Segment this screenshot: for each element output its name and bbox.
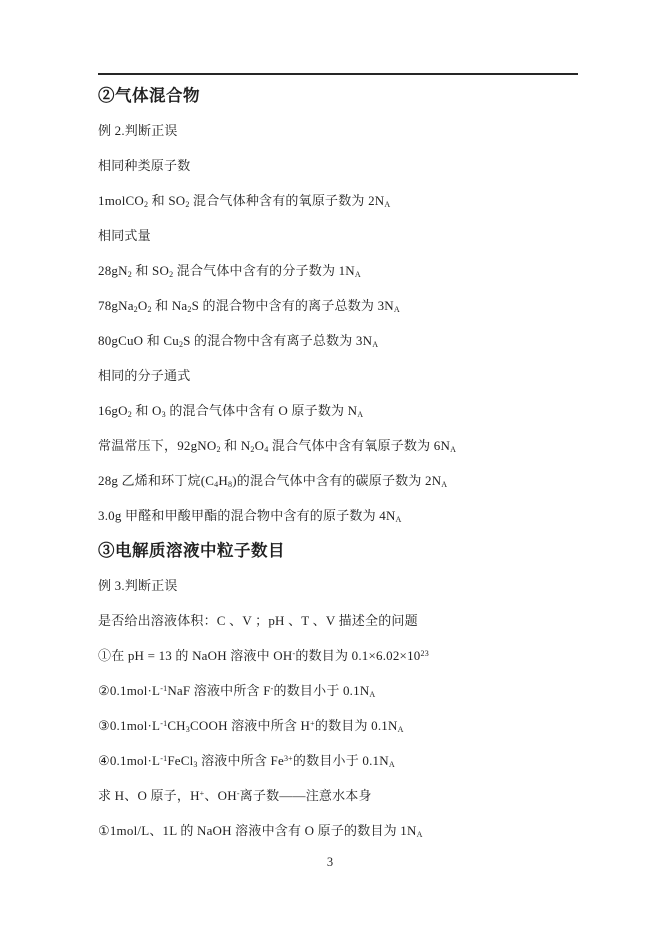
text-run: 和 SO (132, 263, 169, 278)
text-run: 2 (134, 305, 138, 314)
paragraph: ①在 pH = 13 的 NaOH 溶液中 OH-的数目为 0.1×6.02×1… (98, 638, 588, 673)
text-run: 混合气体中含有的分子数为 1N (173, 263, 355, 278)
text-run: A (369, 690, 375, 699)
paragraph: 例 3.判断正误 (98, 568, 588, 603)
text-run: S 的混合物中含有离子总数为 3N (183, 333, 372, 348)
text-run: 、OH (204, 788, 236, 803)
text-run: 和 O (132, 403, 162, 418)
text-run: 和 N (221, 438, 251, 453)
text-run: 的数目为 0.1×6.02×10 (295, 648, 420, 663)
text-run: 28g 乙烯和环丁烷(C (98, 473, 214, 488)
text-run: ④0.1mol·L (98, 753, 160, 768)
paragraph: ②0.1mol·L-1NaF 溶液中所含 F-的数目小于 0.1NA (98, 673, 588, 708)
text-run: A (357, 410, 363, 419)
text-run: 2 (169, 270, 173, 279)
text-run: 例 3.判断正误 (98, 578, 178, 593)
text-run: 常温常压下，92gNO (98, 438, 216, 453)
text-run: COOH 溶液中所含 H (190, 718, 310, 733)
text-run: ③0.1mol·L (98, 718, 160, 733)
text-run: 离子数——注意水本身 (240, 788, 372, 803)
text-run: A (355, 270, 361, 279)
text-run: 4 (264, 445, 268, 454)
text-run: - (292, 649, 295, 658)
text-run: A (396, 515, 402, 524)
section-heading: ③电解质溶液中粒子数目 (98, 533, 588, 568)
paragraph: 例 2.判断正误 (98, 113, 588, 148)
text-run: 2 (144, 200, 148, 209)
text-run: 是否给出溶液体积：C 、V ；pH 、T 、V 描述全的问题 (98, 613, 418, 628)
text-run: -1 (160, 684, 167, 693)
paragraph: 28gN2 和 SO2 混合气体中含有的分子数为 1NA (98, 253, 588, 288)
text-run: A (450, 445, 456, 454)
text-run: 3+ (284, 754, 293, 763)
text-run: 混合气体中含有氧原子数为 6N (268, 438, 450, 453)
text-run: + (310, 719, 315, 728)
text-run: H (218, 473, 228, 488)
text-run: A (441, 480, 447, 489)
paragraph: ④0.1mol·L-1FeCl3 溶液中所含 Fe3+的数目小于 0.1NA (98, 743, 588, 778)
text-run: 的数目小于 0.1N (293, 753, 389, 768)
text-run: 2 (187, 305, 191, 314)
text-run: 28gN (98, 263, 128, 278)
text-run: 23 (421, 649, 429, 658)
paragraph: 78gNa2O2 和 Na2S 的混合物中含有的离子总数为 3NA (98, 288, 588, 323)
text-run: 例 2.判断正误 (98, 123, 178, 138)
paragraph: 常温常压下，92gNO2 和 N2O4 混合气体中含有氧原子数为 6NA (98, 428, 588, 463)
header-rule (98, 73, 578, 75)
text-run: 3 (193, 760, 197, 769)
text-run: 相同式量 (98, 228, 151, 243)
text-run: 溶液中所含 Fe (198, 753, 284, 768)
text-run: 78gNa (98, 298, 134, 313)
text-run: 2 (216, 445, 220, 454)
text-run: 相同种类原子数 (98, 158, 190, 173)
paragraph: ①1mol/L、1L 的 NaOH 溶液中含有 O 原子的数目为 1NA (98, 813, 588, 848)
text-run: A (384, 200, 390, 209)
text-run: ③电解质溶液中粒子数目 (98, 541, 285, 560)
text-run: ①1mol/L、1L 的 NaOH 溶液中含有 O 原子的数目为 1N (98, 823, 417, 838)
page-number: 3 (0, 852, 660, 872)
text-run: -1 (160, 754, 167, 763)
text-run: O (138, 298, 148, 313)
text-run: 2 (250, 445, 254, 454)
text-run: A (389, 760, 395, 769)
text-run: 的数目小于 0.1N (274, 683, 370, 698)
text-run: 3 (162, 410, 166, 419)
text-run: A (417, 830, 423, 839)
text-run: FeCl (167, 753, 193, 768)
text-run: ②0.1mol·L (98, 683, 160, 698)
text-run: 2 (128, 270, 132, 279)
text-run: 相同的分子通式 (98, 368, 190, 383)
text-run: O (255, 438, 265, 453)
text-run: 80gCuO 和 Cu (98, 333, 179, 348)
text-run: - (237, 789, 240, 798)
text-run: - (271, 684, 274, 693)
text-run: 求 H、O 原子，H (98, 788, 200, 803)
text-run: 3.0g 甲醛和甲酸甲酯的混合物中含有的原子数为 4N (98, 508, 396, 523)
text-run: )的混合气体中含有的碳原子数为 2N (232, 473, 441, 488)
text-run: ②气体混合物 (98, 86, 200, 105)
text-run: S 的混合物中含有的离子总数为 3N (192, 298, 394, 313)
text-run: ①在 pH = 13 的 NaOH 溶液中 OH (98, 648, 292, 663)
paragraph: 3.0g 甲醛和甲酸甲酯的混合物中含有的原子数为 4NA (98, 498, 588, 533)
text-run: 2 (185, 200, 189, 209)
text-run: -1 (160, 719, 167, 728)
text-run: 8 (228, 480, 232, 489)
paragraph: 28g 乙烯和环丁烷(C4H8)的混合气体中含有的碳原子数为 2NA (98, 463, 588, 498)
paragraph: 1molCO2 和 SO2 混合气体种含有的氧原子数为 2NA (98, 183, 588, 218)
text-run: 和 Na (152, 298, 188, 313)
paragraph: 80gCuO 和 Cu2S 的混合物中含有离子总数为 3NA (98, 323, 588, 358)
text-run: 16gO (98, 403, 128, 418)
text-run: CH (167, 718, 185, 733)
text-run: A (394, 305, 400, 314)
paragraph: 16gO2 和 O3 的混合气体中含有 O 原子数为 NA (98, 393, 588, 428)
text-run: 混合气体种含有的氧原子数为 2N (190, 193, 385, 208)
text-run: A (372, 340, 378, 349)
document-body: ②气体混合物例 2.判断正误相同种类原子数1molCO2 和 SO2 混合气体种… (98, 78, 588, 848)
text-run: A (398, 725, 404, 734)
paragraph: 相同的分子通式 (98, 358, 588, 393)
section-heading: ②气体混合物 (98, 78, 588, 113)
paragraph: 相同式量 (98, 218, 588, 253)
paragraph: 求 H、O 原子，H+、OH-离子数——注意水本身 (98, 778, 588, 813)
text-run: 的数目为 0.1N (315, 718, 398, 733)
text-run: 和 SO (148, 193, 185, 208)
text-run: 3 (186, 725, 190, 734)
text-run: 2 (179, 340, 183, 349)
paragraph: 是否给出溶液体积：C 、V ；pH 、T 、V 描述全的问题 (98, 603, 588, 638)
paragraph: ③0.1mol·L-1CH3COOH 溶液中所含 H+的数目为 0.1NA (98, 708, 588, 743)
paragraph: 相同种类原子数 (98, 148, 588, 183)
text-run: 2 (148, 305, 152, 314)
document-page: ②气体混合物例 2.判断正误相同种类原子数1molCO2 和 SO2 混合气体种… (0, 0, 660, 933)
text-run: + (200, 789, 205, 798)
text-run: NaF 溶液中所含 F (167, 683, 270, 698)
text-run: 1molCO (98, 193, 144, 208)
text-run: 4 (214, 480, 218, 489)
text-run: 的混合气体中含有 O 原子数为 N (166, 403, 357, 418)
text-run: 2 (128, 410, 132, 419)
